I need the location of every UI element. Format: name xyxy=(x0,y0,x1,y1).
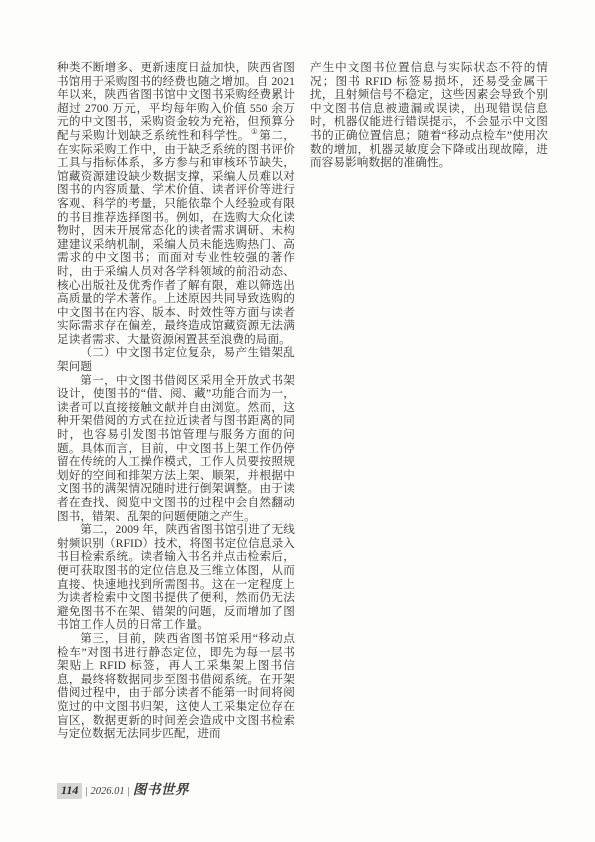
journal-page: 种类不断增多、更新速度日益加快，陕西省图书馆用于采购图书的经费也随之增加。自 2… xyxy=(0,0,595,842)
page-number: 114 xyxy=(57,783,82,799)
footer-divider: | xyxy=(128,785,130,797)
journal-name: 图书世界 xyxy=(133,778,189,798)
section-heading: （二）中文图书定位复杂，易产生错架乱架问题 xyxy=(57,346,295,373)
footnote-marker: ① xyxy=(250,127,259,136)
paragraph-continuation: 种类不断增多、更新速度日益加快，陕西省图书馆用于采购图书的经费也随之增加。自 2… xyxy=(57,61,295,346)
right-column: 产生中文图书位置信息与实际状态不符的情况；图书 RFID 标签易损坏，还易受金属… xyxy=(310,61,548,741)
page-footer: 114 | 2026.01 | 图书世界 xyxy=(57,778,189,799)
paragraph: 第三，目前，陕西省图书馆采用“移动点检车”对图书进行静态定位，即先为每一层书架贴… xyxy=(57,632,295,741)
footer-divider: | xyxy=(85,785,87,797)
paragraph-text: 第二，在实际采购工作中，由于缺乏系统的图书评价工具与指标体系，多方参与和审核环节… xyxy=(57,129,295,346)
left-column: 种类不断增多、更新速度日益加快，陕西省图书馆用于采购图书的经费也随之增加。自 2… xyxy=(57,61,295,741)
paragraph-continuation: 产生中文图书位置信息与实际状态不符的情况；图书 RFID 标签易损坏，还易受金属… xyxy=(310,61,548,170)
issue-label: 2026.01 xyxy=(91,786,125,797)
paragraph: 第一，中文图书借阅区采用全开放式书架设计，使图书的“借、阅、藏”功能合而为一，读… xyxy=(57,374,295,524)
paragraph: 第二，2009 年，陕西省图书馆引进了无线射频识别（RFID）技术，将图书定位信… xyxy=(57,523,295,632)
article-body: 种类不断增多、更新速度日益加快，陕西省图书馆用于采购图书的经费也随之增加。自 2… xyxy=(57,61,548,741)
